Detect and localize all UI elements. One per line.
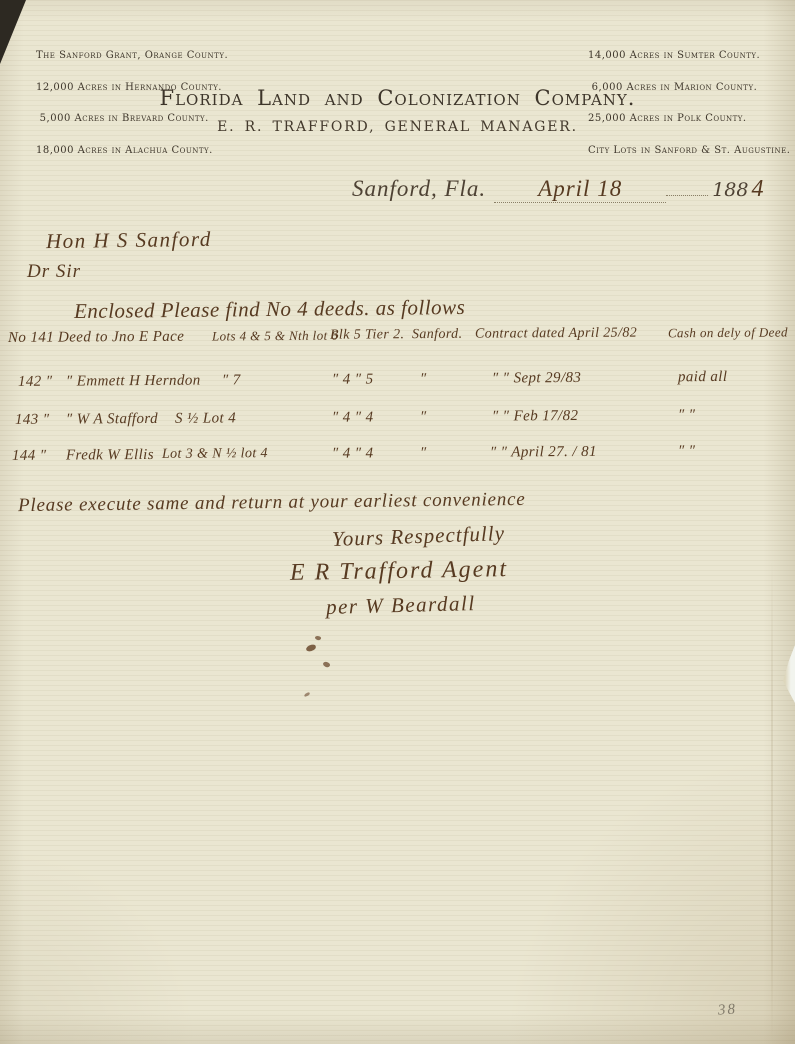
dateline-rule: April 18: [494, 176, 666, 203]
deed-cell: Cash on dely of Deed: [668, 324, 788, 341]
deed-cell: ″ 4 ″ 4: [332, 409, 374, 426]
paper-tear: [781, 645, 795, 703]
deed-cell: ″ ″ April 27. / 81: [490, 444, 597, 462]
valediction-line: Yours Respectfully: [332, 521, 506, 552]
deed-cell: ″ W A Stafford: [66, 411, 158, 429]
deed-cell: Sanford.: [412, 327, 463, 343]
deed-cell: Lots 4 & 5 & Nth lot 6: [212, 328, 338, 345]
deed-cell: ″: [420, 445, 427, 462]
deed-cell: Deed to Jno E Pace: [58, 329, 184, 347]
deed-cell: ″: [420, 371, 427, 388]
dateline: Sanford, Fla. April 18 188 4: [352, 176, 763, 203]
signed-per-line: per W Beardall: [326, 591, 476, 620]
ink-blot: [305, 644, 316, 652]
handwritten-date: April 18: [538, 176, 622, 201]
deed-cell: ″ ″: [678, 407, 696, 424]
signature-line: E R Trafford Agent: [290, 556, 508, 587]
deed-cell: ″ 7: [222, 372, 241, 389]
deed-cell: ″ 4 ″ 4: [332, 445, 374, 462]
deed-cell: 142 ″: [18, 374, 53, 391]
letter-document: The Sanford Grant, Orange County. 12,000…: [0, 0, 795, 1044]
deed-cell: 143 ″: [15, 412, 50, 429]
deed-cell: ″ Emmett H Herndon: [66, 373, 201, 391]
year-printed: 188: [712, 179, 748, 201]
deed-cell: ″ 4 ″ 5: [332, 371, 374, 388]
ink-blot: [322, 661, 331, 669]
deed-row: No 141Deed to Jno E PaceLots 4 & 5 & Nth…: [0, 324, 795, 358]
deed-cell: ″: [420, 409, 427, 426]
letterhead-line: City Lots in Sanford & St. Augustine.: [588, 146, 790, 157]
deed-cell: ″ ″: [678, 443, 696, 460]
deed-row: 144 ″Fredk W EllisLot 3 & N ½ lot 4″ 4 ″…: [0, 442, 795, 476]
deed-cell: Contract dated April 25/82: [475, 326, 637, 343]
deed-cell: paid all: [678, 369, 728, 386]
ink-blot: [304, 692, 311, 697]
deed-cell: 144 ″: [12, 448, 47, 465]
deed-cell: No 141: [8, 330, 54, 347]
deed-row: 142 ″″ Emmett H Herndon″ 7″ 4 ″ 5″″ ″ Se…: [0, 368, 795, 402]
page-number-pencil: 38: [717, 1001, 737, 1019]
deed-cell: ″ ″ Feb 17/82: [492, 408, 579, 426]
handwritten-year-digit: 4: [751, 176, 763, 203]
letterhead-line: 18,000 Acres in Alachua County.: [36, 146, 228, 157]
deed-row: 143 ″″ W A StaffordS ½ Lot 4″ 4 ″ 4″″ ″ …: [0, 406, 795, 440]
dateline-place: Sanford, Fla.: [352, 176, 486, 202]
letterhead-line: 14,000 Acres in Sumter County.: [588, 51, 790, 62]
paper-crease: [771, 560, 773, 1044]
salutation-line: Dr Sir: [27, 261, 81, 283]
deed-cell: ″ ″ Sept 29/83: [492, 370, 581, 388]
ink-blot: [314, 635, 321, 641]
closing-request-line: Please execute same and return at your e…: [18, 489, 526, 517]
letterhead-line: The Sanford Grant, Orange County.: [36, 51, 228, 62]
scan-edge-artifact: [0, 0, 26, 64]
opening-line: Enclosed Please find No 4 deeds. as foll…: [74, 295, 466, 324]
deed-cell: Lot 3 & N ½ lot 4: [162, 446, 268, 463]
deed-cell: S ½ Lot 4: [175, 410, 236, 427]
deed-cell: Blk 5 Tier 2.: [330, 327, 405, 344]
dateline-rule: [666, 195, 708, 196]
recipient-line: Hon H S Sanford: [46, 227, 212, 254]
company-name: Florida Land and Colonization Company.: [0, 86, 795, 110]
manager-title: E. R. TRAFFORD, GENERAL MANAGER.: [0, 119, 795, 135]
deed-cell: Fredk W Ellis: [66, 447, 154, 465]
